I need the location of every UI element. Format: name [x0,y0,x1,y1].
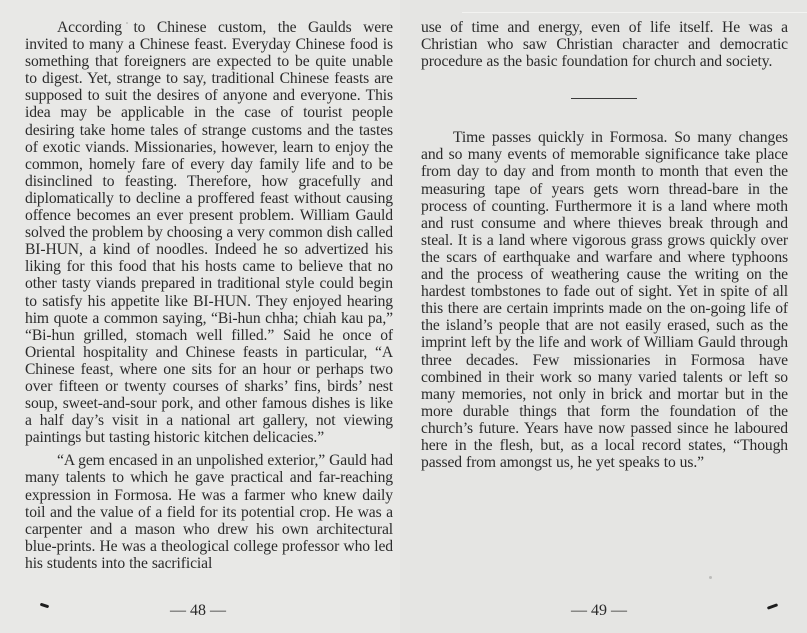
book-spread: According to Chinese custom, the Gaulds … [0,0,807,633]
paragraph-chinese-feasts: According to Chinese custom, the Gaulds … [25,19,393,446]
left-page-text-column: According to Chinese custom, the Gaulds … [25,19,393,572]
right-page: use of time and energy, even of life its… [400,0,807,633]
ink-mark [40,603,49,609]
section-divider [571,98,637,99]
page-number-48: — 48 — [170,602,226,620]
right-page-text-column: use of time and energy, even of life its… [421,19,788,471]
page-number-49: — 49 — [571,602,627,620]
paper-speck [709,576,712,579]
paper-speck [126,22,128,24]
paragraph-gem-encased: “A gem encased in an unpolished exterior… [25,452,393,572]
paragraph-continuation: use of time and energy, even of life its… [421,19,788,70]
left-page: According to Chinese custom, the Gaulds … [0,0,400,633]
paragraph-time-passes: Time passes quickly in Formosa. So many … [421,129,788,471]
page-edge-highlight [462,12,807,13]
